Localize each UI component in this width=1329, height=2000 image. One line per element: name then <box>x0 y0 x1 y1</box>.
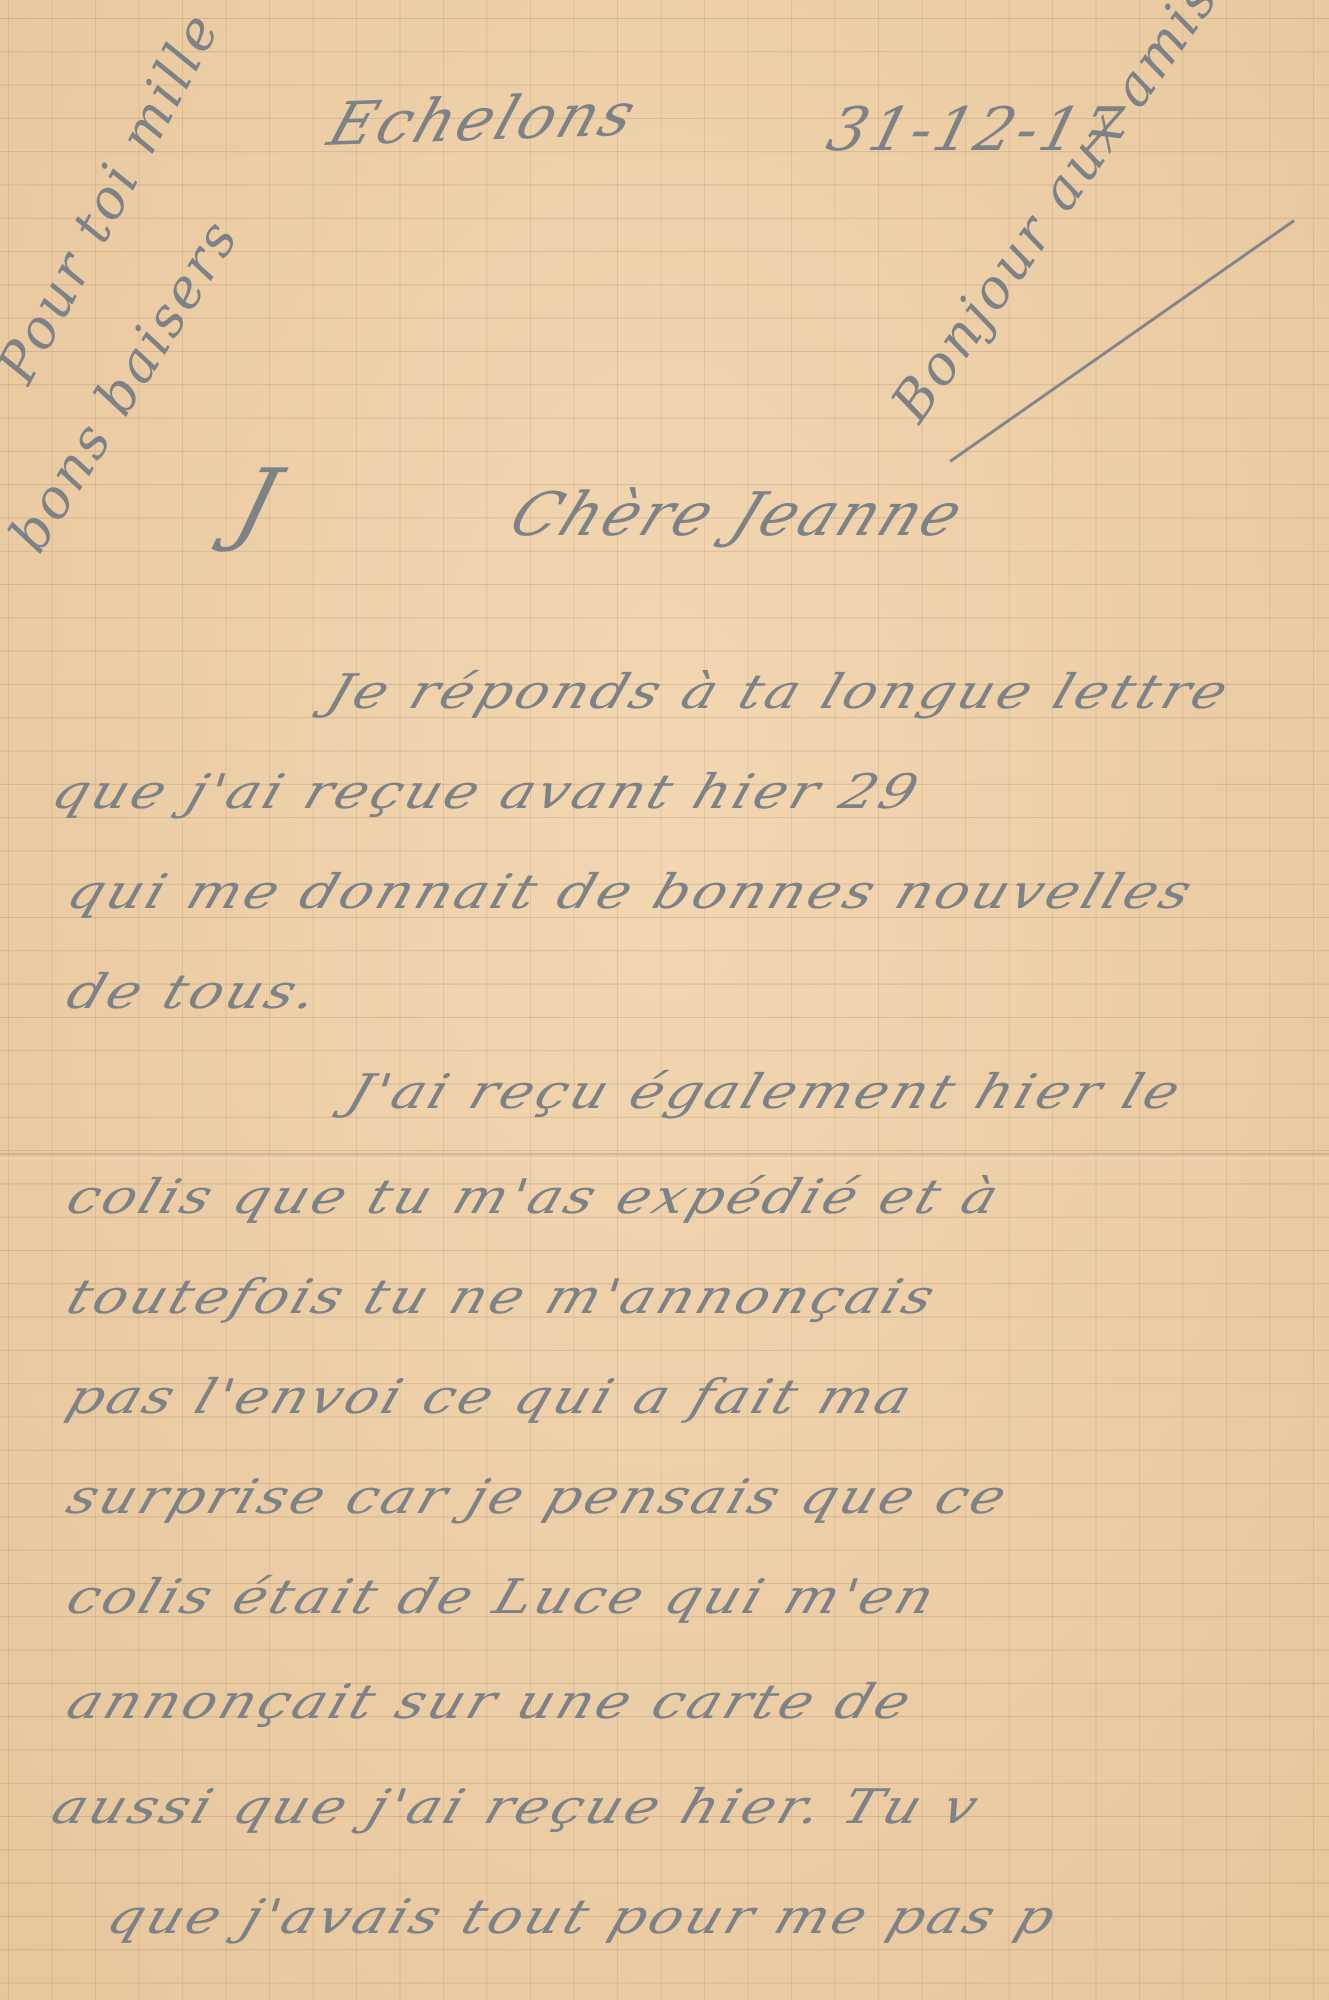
body-line: pas l'envoi ce qui a fait ma <box>60 1370 921 1425</box>
body-line: colis était de Luce qui m'en <box>60 1570 944 1625</box>
body-line: qui me donnait de bonnes nouvelles <box>60 865 1201 920</box>
paper-fold <box>0 1153 1329 1159</box>
body-line: surprise car je pensais que ce <box>60 1470 1016 1525</box>
body-line: que j'avais tout pour me pas p <box>100 1890 1065 1945</box>
body-line: toutefois tu ne m'annonçais <box>60 1270 944 1325</box>
body-line: Je réponds à ta longue lettre <box>320 665 1238 720</box>
margin-note-left-1: Pour toi mille <box>0 1 233 393</box>
body-line: de tous. <box>60 965 328 1020</box>
body-line: aussi que j'ai reçue hier. Tu v <box>45 1780 988 1835</box>
body-line: colis que tu m'as expédié et à <box>60 1170 1008 1225</box>
salutation: Chère Jeanne <box>500 480 976 550</box>
margin-note-right: Bonjour aux amis <box>878 0 1231 433</box>
body-line: J'ai reçu également hier le <box>340 1065 1190 1120</box>
letter-place: Echelons <box>320 80 647 160</box>
body-line: que j'ai reçue avant hier 29 <box>45 765 928 820</box>
letter-page: Echelons 31-12-17 Pour toi mille bons ba… <box>0 0 1329 2000</box>
body-line: annonçait sur une carte de <box>60 1675 921 1730</box>
signature-initial: J <box>225 450 292 555</box>
